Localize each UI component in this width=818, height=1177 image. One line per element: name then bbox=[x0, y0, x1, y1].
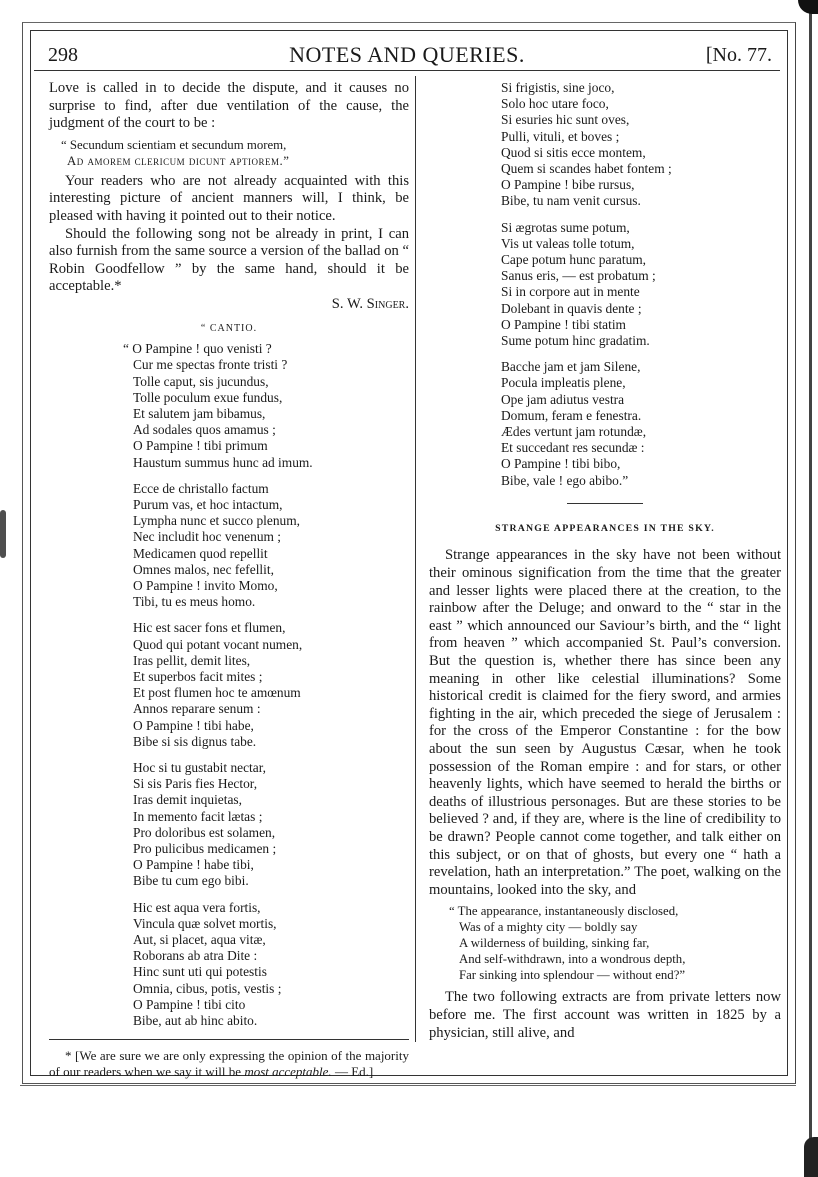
issue-number: [No. 77. bbox=[706, 44, 772, 67]
poem-line: Cape potum hunc paratum, bbox=[501, 252, 781, 268]
stanza: Hic est aqua vera fortis, Vincula quæ so… bbox=[133, 900, 409, 1030]
poem-line: Quod si sitis ecce montem, bbox=[501, 145, 781, 161]
quote-line: Ad amorem clericum dicunt aptiorem.” bbox=[49, 153, 409, 169]
stanza: Bacche jam et jam Silene, Pocula impleat… bbox=[501, 359, 781, 489]
poem-line: Si frigistis, sine joco, bbox=[501, 80, 781, 96]
poem-line: O Pampine ! tibi primum bbox=[133, 438, 409, 454]
verse-line: Far sinking into splendour — without end… bbox=[459, 967, 781, 983]
poem-line: Pulli, vituli, et boves ; bbox=[501, 129, 781, 145]
latin-quote: “ Secundum scientiam et secundum morem, … bbox=[49, 137, 409, 169]
poem-line: Hinc sunt uti qui potestis bbox=[133, 964, 409, 980]
poem-title: “ Cantio. bbox=[49, 320, 409, 338]
poem-line: Pro doloribus est solamen, bbox=[133, 825, 409, 841]
page-corner-shadow-bottom bbox=[804, 1137, 818, 1177]
poem-line: Tolle caput, sis jucundus, bbox=[133, 374, 409, 390]
section-heading: STRANGE APPEARANCES IN THE SKY. bbox=[429, 520, 781, 538]
poem-line: Hic est sacer fons et flumen, bbox=[133, 620, 409, 636]
poem-line: Hic est aqua vera fortis, bbox=[133, 900, 409, 916]
poem-line: Roborans ab atra Dite : bbox=[133, 948, 409, 964]
poem-line: O Pampine ! tibi cito bbox=[133, 997, 409, 1013]
poem-line: Iras pellit, demit lites, bbox=[133, 653, 409, 669]
poem-line: Bibe, tu nam venit cursus. bbox=[501, 193, 781, 209]
poem-line: Aut, si placet, aqua vitæ, bbox=[133, 932, 409, 948]
poem-line: Ecce de christallo factum bbox=[133, 481, 409, 497]
poem-line: In memento facit lætas ; bbox=[133, 809, 409, 825]
page-corner-shadow bbox=[798, 0, 818, 14]
footnote-italic: most acceptable. bbox=[244, 1064, 331, 1079]
verse-line: “ The appearance, instantaneously disclo… bbox=[449, 903, 781, 919]
poem-continued: Si frigistis, sine joco, Solo hoc utare … bbox=[429, 80, 781, 489]
poem-line: Medicamen quod repellit bbox=[133, 546, 409, 562]
poem-line: Haustum summus hunc ad imum. bbox=[133, 455, 409, 471]
stanza: “ O Pampine ! quo venisti ? Cur me spect… bbox=[133, 341, 409, 471]
poem-line: Vincula quæ solvet mortis, bbox=[133, 916, 409, 932]
verse-line: And self-withdrawn, into a wondrous dept… bbox=[459, 951, 781, 967]
stanza: Si ægrotas sume potum, Vis ut valeas tol… bbox=[501, 220, 781, 350]
left-column: Love is called in to decide the dispute,… bbox=[49, 80, 409, 1080]
poem-line: O Pampine ! tibi habe, bbox=[133, 718, 409, 734]
footnote: * [We are sure we are only expressing th… bbox=[49, 1048, 409, 1080]
poem-line: Si ægrotas sume potum, bbox=[501, 220, 781, 236]
poem-line: Bibe si sis dignus tabe. bbox=[133, 734, 409, 750]
poem-line: Omnia, cibus, potis, vestis ; bbox=[133, 981, 409, 997]
paragraph: Your readers who are not already acquain… bbox=[49, 173, 409, 226]
poem-line: Vis ut valeas tolle totum, bbox=[501, 236, 781, 252]
poem-line: Ad sodales quos amamus ; bbox=[133, 422, 409, 438]
poem-line: Iras demit inquietas, bbox=[133, 792, 409, 808]
stanza: Hoc si tu gustabit nectar, Si sis Paris … bbox=[133, 760, 409, 890]
poem-line: Si sis Paris fies Hector, bbox=[133, 776, 409, 792]
poem-line: O Pampine ! tibi statim bbox=[501, 317, 781, 333]
scan-mark bbox=[0, 510, 6, 558]
paragraph: Strange appearances in the sky have not … bbox=[429, 547, 781, 899]
poem-line: Bacche jam et jam Silene, bbox=[501, 359, 781, 375]
poem-line: Quem si scandes habet fontem ; bbox=[501, 161, 781, 177]
book-spine-edge bbox=[809, 0, 812, 1177]
footnote-rule bbox=[49, 1039, 409, 1040]
poem-line: Si esuries hic sunt oves, bbox=[501, 112, 781, 128]
poem-line: Annos reparare senum : bbox=[133, 701, 409, 717]
bottom-rule bbox=[20, 1085, 796, 1086]
journal-title: NOTES AND QUERIES. bbox=[34, 42, 780, 68]
poem-line: Quod qui potant vocant numen, bbox=[133, 637, 409, 653]
poem-line: Cur me spectas fronte tristi ? bbox=[133, 357, 409, 373]
poem-line: Et succedant res secundæ : bbox=[501, 440, 781, 456]
verse-line: Was of a mighty city — boldly say bbox=[459, 919, 781, 935]
poem-line: Hoc si tu gustabit nectar, bbox=[133, 760, 409, 776]
poem-line: Domum, feram e fenestra. bbox=[501, 408, 781, 424]
poem-line: Purum vas, et hoc intactum, bbox=[133, 497, 409, 513]
poem-line: Si in corpore aut in mente bbox=[501, 284, 781, 300]
poem-line: O Pampine ! habe tibi, bbox=[133, 857, 409, 873]
poem-line: Tibi, tu es meus homo. bbox=[133, 594, 409, 610]
poem-line: Ope jam adiutus vestra bbox=[501, 392, 781, 408]
signature: S. W. Singer. bbox=[49, 296, 409, 314]
quote-line: “ Secundum scientiam et secundum morem, bbox=[49, 137, 409, 153]
stanza: Ecce de christallo factum Purum vas, et … bbox=[133, 481, 409, 611]
verse-quote: “ The appearance, instantaneously disclo… bbox=[429, 903, 781, 983]
poem-line: Omnes malos, nec fefellit, bbox=[133, 562, 409, 578]
paragraph: Love is called in to decide the dispute,… bbox=[49, 80, 409, 133]
poem-line: Et salutem jam bibamus, bbox=[133, 406, 409, 422]
poem-line: Bibe tu cum ego bibi. bbox=[133, 873, 409, 889]
poem-line: Nec includit hoc venenum ; bbox=[133, 529, 409, 545]
section-divider bbox=[567, 503, 643, 504]
page-header: 298 NOTES AND QUERIES. [No. 77. bbox=[34, 38, 780, 68]
paragraph: Should the following song not be already… bbox=[49, 226, 409, 296]
poem-line: Bibe, aut ab hinc abito. bbox=[133, 1013, 409, 1029]
poem-line: Pocula impleatis plene, bbox=[501, 375, 781, 391]
poem: “ O Pampine ! quo venisti ? Cur me spect… bbox=[49, 341, 409, 1029]
poem-line: Bibe, vale ! ego abibo.” bbox=[501, 473, 781, 489]
poem-line: Et superbos facit mites ; bbox=[133, 669, 409, 685]
right-column: Si frigistis, sine joco, Solo hoc utare … bbox=[429, 80, 781, 1042]
column-divider bbox=[415, 76, 416, 1042]
poem-line: Pro pulicibus medicamen ; bbox=[133, 841, 409, 857]
poem-line: O Pampine ! tibi bibo, bbox=[501, 456, 781, 472]
poem-line: Lympha nunc et succo plenum, bbox=[133, 513, 409, 529]
poem-line: O Pampine ! bibe rursus, bbox=[501, 177, 781, 193]
poem-line: Sume potum hinc gradatim. bbox=[501, 333, 781, 349]
stanza: Si frigistis, sine joco, Solo hoc utare … bbox=[501, 80, 781, 210]
poem-line: Sanus eris, — est probatum ; bbox=[501, 268, 781, 284]
poem-line: Ædes vertunt jam rotundæ, bbox=[501, 424, 781, 440]
footnote-end: — Ed.] bbox=[332, 1064, 374, 1079]
poem-line: Et post flumen hoc te amœnum bbox=[133, 685, 409, 701]
stanza: Hic est sacer fons et flumen, Quod qui p… bbox=[133, 620, 409, 750]
poem-line: Dolebant in quavis dente ; bbox=[501, 301, 781, 317]
header-rule bbox=[34, 70, 780, 71]
paragraph: The two following extracts are from priv… bbox=[429, 989, 781, 1042]
poem-line: Tolle poculum exue fundus, bbox=[133, 390, 409, 406]
poem-line: “ O Pampine ! quo venisti ? bbox=[123, 341, 409, 357]
verse-line: A wilderness of building, sinking far, bbox=[459, 935, 781, 951]
poem-line: Solo hoc utare foco, bbox=[501, 96, 781, 112]
poem-line: O Pampine ! invito Momo, bbox=[133, 578, 409, 594]
